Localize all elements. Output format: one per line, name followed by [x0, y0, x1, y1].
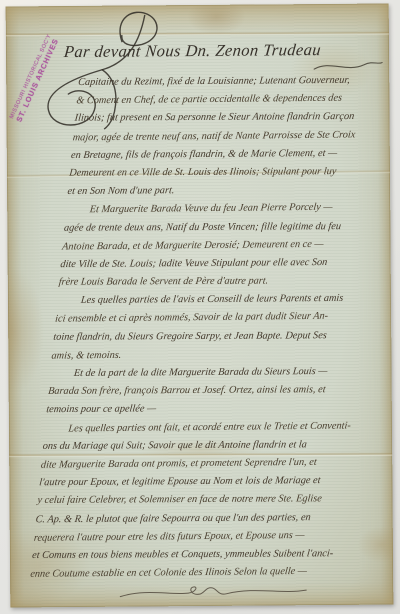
closing-flourish-icon	[118, 581, 310, 605]
manuscript-line: en Bretagne, fils de françois flandrin, …	[70, 144, 393, 165]
manuscript-line: major, agée de trente neuf ans, natif de…	[72, 125, 394, 147]
manuscript-line: Ilinois; fut present en Sa personne le S…	[74, 108, 394, 128]
manuscript-line: Barada Son frère, françois Barrou et Jos…	[47, 381, 387, 401]
document-paper: MISSOURI HISTORICAL SOC'Y ST. LOUIS ARCH…	[6, 4, 394, 608]
manuscript-line: y celui faire Celebrer, et Solemniser en…	[37, 490, 377, 510]
manuscript-line: Et Marguerite Barada Veuve du feu Jean P…	[89, 198, 394, 219]
manuscript-line: dite Ville de Ste. Louis; ladite Veuve S…	[59, 253, 393, 274]
manuscript-line: Et de la part de la dite Marguerite Bara…	[73, 363, 389, 384]
manuscript-line: dite Marguerite Barada ont promis, et pr…	[40, 453, 380, 475]
manuscript-line: ici ensemble et ci après nommés, Savoir …	[54, 307, 393, 329]
manuscript-opening-line: Par devant Nous Dn. Zenon Trudeau	[63, 40, 322, 62]
scan-background: MISSOURI HISTORICAL SOC'Y ST. LOUIS ARCH…	[0, 0, 400, 614]
manuscript-body: Capitaine du Rezimt, fixé de la Louisian…	[29, 71, 393, 583]
manuscript-line: agée de trente deux ans, Natif du Poste …	[63, 217, 393, 237]
manuscript-line: enne Coutume establie en cet Colonie des…	[29, 562, 369, 584]
manuscript-line: Demeurent en ce Ville de St. Louis des I…	[68, 163, 393, 183]
manuscript-line: temoins pour ce apellée —	[45, 399, 385, 420]
manuscript-line: amis, & temoins.	[51, 344, 391, 366]
manuscript-line: Les quelles parties ont fait, et acordé …	[68, 417, 384, 438]
manuscript-line: Antoine Barada, et de Marguerite Derosié…	[61, 235, 393, 257]
manuscript-line: frère Louis Barada le Servent de Père d'…	[58, 272, 394, 292]
